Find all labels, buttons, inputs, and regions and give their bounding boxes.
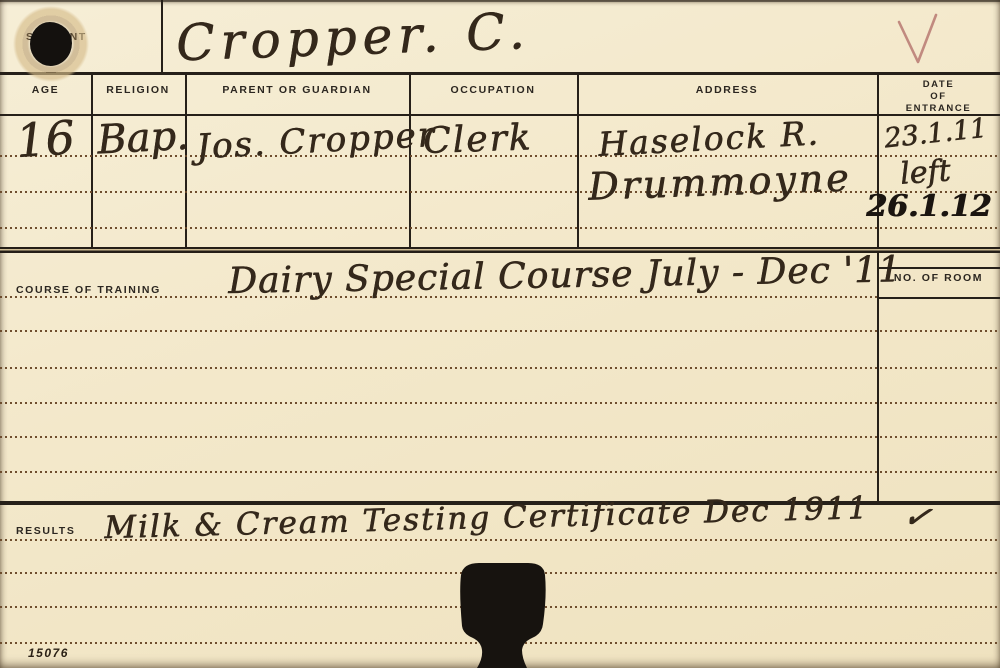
header-religion: RELIGION — [91, 84, 185, 96]
body-dotted-3 — [0, 227, 1000, 229]
col-rule-3 — [409, 75, 411, 249]
entry-occupation: Clerk — [422, 120, 533, 160]
col-rule-1 — [91, 75, 93, 249]
header-date-of-entrance: DATE OF ENTRANCE — [877, 79, 1000, 115]
card-top-edge — [0, 0, 1000, 2]
binder-clip-silhouette — [448, 560, 560, 668]
no-of-room-label: NO. OF ROOM — [877, 272, 1000, 284]
entry-entrance-date: 23.1.11 — [883, 115, 988, 153]
header-age: AGE — [0, 84, 91, 96]
course-of-training-label: COURSE OF TRAINING — [16, 284, 161, 296]
red-check-mark-icon — [893, 12, 943, 68]
top-band-rule — [0, 72, 1000, 75]
room-box-top-rule — [877, 267, 1000, 269]
student-cell-divider — [161, 0, 163, 73]
header-occupation: OCCUPATION — [409, 84, 577, 96]
entry-address-line2: Drummoyne — [587, 158, 852, 205]
results-label: RESULTS — [16, 525, 75, 537]
student-name-handwriting: Cropper. C. — [175, 6, 531, 68]
entry-entrance-note: left — [899, 156, 951, 189]
results-check-mark: ✓ — [900, 498, 934, 536]
entry-parent: Jos. Cropper — [195, 118, 436, 165]
entry-age: 16 — [14, 114, 76, 164]
serial-number: 15076 — [28, 646, 69, 660]
blank-dotted-4 — [0, 436, 1000, 438]
blank-dotted-5 — [0, 471, 1000, 473]
course-value-handwriting: Dairy Special Course July - Dec '11 — [228, 252, 902, 300]
header-parent-or-guardian: PARENT OR GUARDIAN — [185, 84, 409, 96]
blank-dotted-3 — [0, 402, 1000, 404]
room-box-bottom-rule — [877, 297, 1000, 299]
col-rule-4 — [577, 75, 579, 249]
entry-religion: Bap. — [96, 116, 190, 161]
blank-dotted-2 — [0, 367, 1000, 369]
student-record-card: STUDENT Cropper. C. AGE RELIGION PARENT … — [0, 0, 1000, 668]
blank-dotted-1 — [0, 330, 1000, 332]
col-rule-2 — [185, 75, 187, 249]
header-address: ADDRESS — [577, 84, 877, 96]
entry-leaving-date: 26.1.12 — [866, 192, 991, 222]
